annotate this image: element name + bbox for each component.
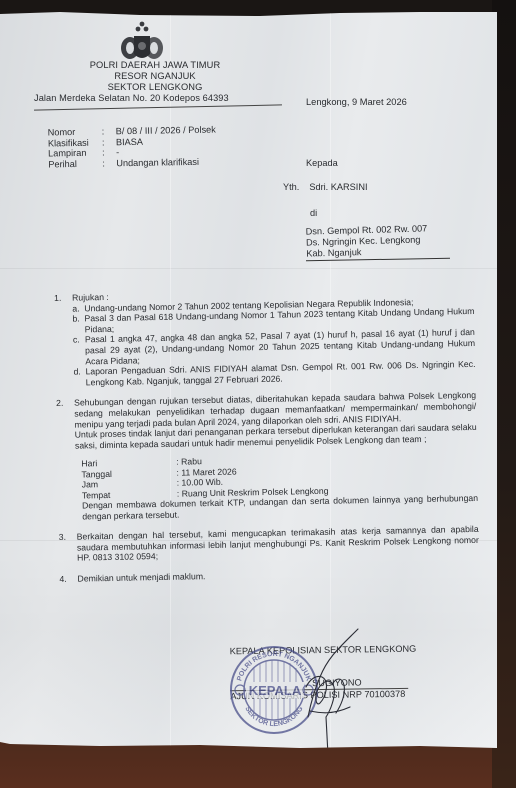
letterhead-divider	[34, 104, 282, 110]
paragraph-1: 1. Rujukan : a. Undang-undang Nomor 2 Ta…	[54, 285, 476, 388]
meta-label: Perihal	[48, 158, 102, 169]
reference-letter: d.	[73, 367, 85, 388]
meta-sep: :	[102, 147, 116, 158]
letterhead: POLRI DAERAH JAWA TIMUR RESOR NGANJUK SE…	[40, 60, 270, 104]
meta-value: B/ 08 / III / 2026 / Polsek	[116, 125, 216, 137]
letterhead-line-1: POLRI DAERAH JAWA TIMUR	[40, 60, 270, 71]
letter-meta: Nomor : B/ 08 / III / 2026 / Polsek Klas…	[48, 125, 217, 170]
meta-value: BIASA	[116, 136, 143, 147]
meta-row-perihal: Perihal : Undangan klarifikasi	[48, 156, 216, 169]
meta-sep: :	[102, 158, 116, 169]
place-date: Lengkong, 9 Maret 2026	[306, 97, 407, 107]
letterhead-address: Jalan Merdeka Selatan No. 20 Kodepos 643…	[34, 93, 270, 104]
polri-emblem-icon	[117, 20, 167, 64]
recipient-kepada: Kepada	[306, 158, 338, 168]
paper-fold	[0, 268, 497, 269]
schedule-value: : Rabu	[176, 457, 202, 468]
recipient-name: Sdri. KARSINI	[309, 182, 367, 192]
meta-sep: :	[102, 126, 116, 137]
reference-letter: c.	[73, 335, 86, 367]
letterhead-line-3: SEKTOR LENGKONG	[40, 82, 270, 93]
meta-value: -	[116, 147, 119, 158]
paragraph-number: 3.	[59, 532, 78, 564]
paragraph-number: 4.	[59, 574, 77, 585]
recipient-yth: Yth.	[283, 182, 299, 192]
paragraph-2: 2. Sehubungan dengan rujukan tersebut di…	[56, 390, 478, 522]
handwritten-signature-icon	[270, 627, 390, 757]
schedule-value: : 11 Maret 2026	[176, 466, 236, 478]
paragraph-number: 1.	[54, 293, 74, 389]
reference-letter: a.	[72, 303, 84, 314]
reference-letter: b.	[72, 314, 84, 335]
letterhead-line-2: RESOR NGANJUK	[40, 71, 270, 82]
recipient-line: Yth. Sdri. KARSINI	[283, 182, 368, 192]
schedule: Hari : Rabu Tanggal : 11 Maret 2026 Jam …	[81, 451, 478, 521]
meta-sep: :	[102, 137, 116, 148]
recipient-address: Dsn. Gempol Rt. 002 Rw. 007 Ds. Ngringin…	[306, 223, 428, 259]
paragraph-number: 2.	[56, 398, 76, 522]
letter-body: 1. Rujukan : a. Undang-undang Nomor 2 Ta…	[54, 285, 480, 585]
letter-paper: POLRI DAERAH JAWA TIMUR RESOR NGANJUK SE…	[0, 12, 497, 748]
meta-value: Undangan klarifikasi	[116, 156, 199, 168]
recipient-di: di	[310, 208, 317, 218]
